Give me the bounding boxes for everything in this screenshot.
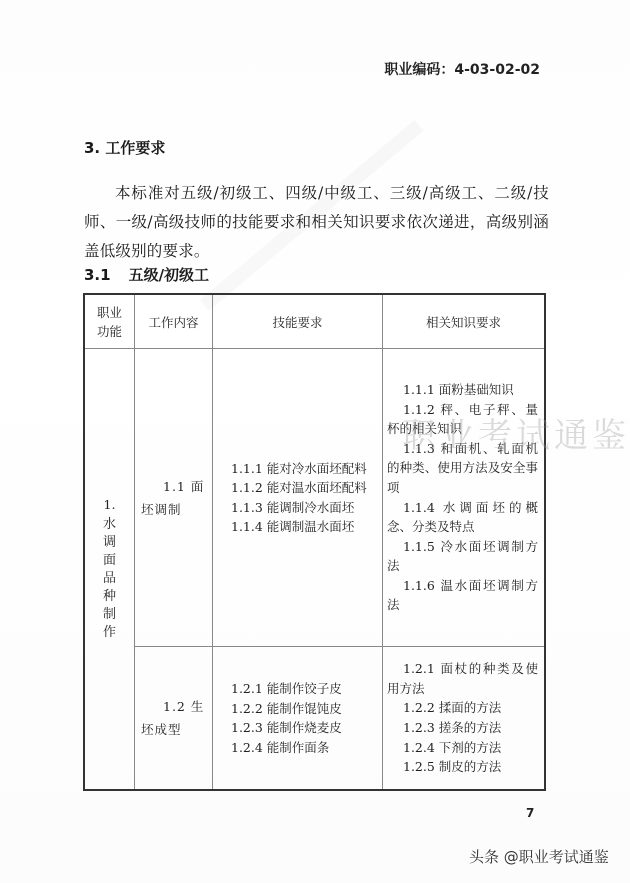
occupation-code: 职业编码：4-03-02-02: [384, 59, 540, 79]
skills-cell: 1.2.1 能制作饺子皮 1.2.2 能制作馄饨皮 1.2.3 能制作烧麦皮 1…: [213, 647, 383, 791]
knowledge-item: 1.2.2 揉面的方法: [387, 698, 538, 718]
work-content-cell: 1.2 生坯成型: [135, 647, 213, 791]
subsection-heading: 3.1五级/初级工: [84, 264, 209, 285]
skill-item: 1.2.1 能制作饺子皮: [231, 679, 378, 699]
skill-item: 1.1.2 能对温水面坯配料: [231, 478, 378, 498]
function-cell: 1. 水调面品种制作: [84, 349, 135, 791]
function-label: 1. 水调面品种制作: [102, 496, 118, 642]
function-name: 水调面品种制作: [103, 517, 116, 640]
skill-item: 1.1.4 能调制温水面坯: [231, 517, 378, 537]
knowledge-item: 1.2.3 搓条的方法: [387, 718, 538, 738]
function-number: 1.: [102, 496, 118, 514]
table-header-row: 职业功能 工作内容 技能要求 相关知识要求: [84, 294, 545, 349]
knowledge-item: 1.1.3 和面机、轧面机的种类、使用方法及安全事项: [387, 439, 538, 498]
knowledge-item: 1.2.1 面杖的种类及使用方法: [387, 659, 538, 698]
source-attribution: 头条 @职业考试通鉴: [469, 846, 609, 867]
skills-cell: 1.1.1 能对冷水面坯配料 1.1.2 能对温水面坯配料 1.1.3 能调制冷…: [213, 349, 383, 647]
subsection-number: 3.1: [84, 266, 111, 284]
subsection-title: 五级/初级工: [129, 266, 209, 284]
header-knowledge-requirements: 相关知识要求: [383, 294, 546, 349]
header-skill-requirements: 技能要求: [213, 294, 383, 349]
section-heading: 3. 工作要求: [84, 137, 165, 158]
knowledge-item: 1.1.4 水调面坯的概念、分类及特点: [387, 498, 538, 537]
requirements-table: 职业功能 工作内容 技能要求 相关知识要求 1. 水调面品种制作 1.1 面坯调…: [83, 293, 546, 791]
knowledge-item: 1.1.5 冷水面坯调制方法: [387, 537, 538, 576]
header-work-content: 工作内容: [135, 294, 213, 349]
work-content-text: 1.2 生坯成型: [141, 695, 208, 741]
knowledge-item: 1.2.4 下剂的方法: [387, 738, 538, 758]
knowledge-cell: 1.1.1 面粉基础知识 1.1.2 秤、电子秤、量杯的相关知识 1.1.3 和…: [383, 349, 546, 647]
skill-item: 1.2.3 能制作烧麦皮: [231, 718, 378, 738]
knowledge-item: 1.1.2 秤、电子秤、量杯的相关知识: [387, 400, 538, 439]
table-row: 1.2 生坯成型 1.2.1 能制作饺子皮 1.2.2 能制作馄饨皮 1.2.3…: [84, 647, 545, 791]
knowledge-item: 1.1.6 温水面坯调制方法: [387, 576, 538, 615]
page-number: 7: [526, 806, 534, 820]
skill-item: 1.1.1 能对冷水面坯配料: [231, 459, 378, 479]
skill-item: 1.1.3 能调制冷水面坯: [231, 498, 378, 518]
skill-item: 1.2.2 能制作馄饨皮: [231, 699, 378, 719]
work-content-text: 1.1 面坯调制: [141, 475, 208, 521]
header-function: 职业功能: [84, 294, 135, 349]
skill-item: 1.2.4 能制作面条: [231, 738, 378, 758]
work-content-cell: 1.1 面坯调制: [135, 349, 213, 647]
section-paragraph: 本标准对五级/初级工、四级/中级工、三级/高级工、二级/技师、一级/高级技师的技…: [84, 179, 549, 266]
knowledge-item: 1.1.1 面粉基础知识: [387, 380, 538, 400]
knowledge-cell: 1.2.1 面杖的种类及使用方法 1.2.2 揉面的方法 1.2.3 搓条的方法…: [383, 647, 546, 791]
knowledge-item: 1.2.5 制皮的方法: [387, 757, 538, 777]
table-row: 1. 水调面品种制作 1.1 面坯调制 1.1.1 能对冷水面坯配料 1.1.2…: [84, 349, 545, 647]
